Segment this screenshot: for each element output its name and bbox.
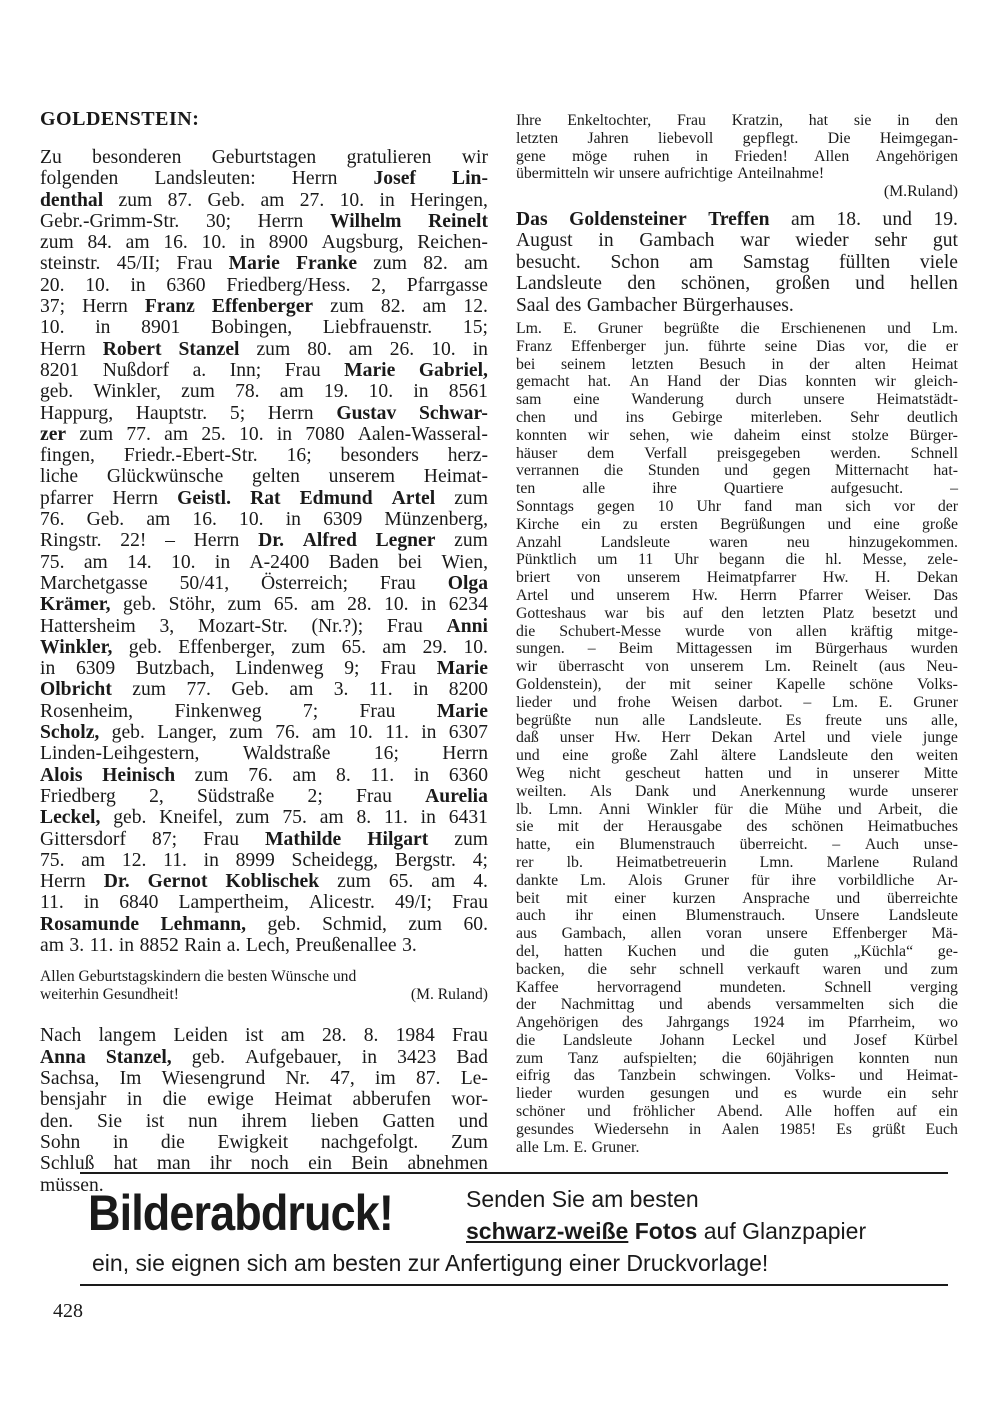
text-line: am3.11.in8852Raina.Lech,Preußenallee3. (40, 935, 488, 956)
obituary-continuation: IhreEnkeltochter,FrauKratzin,hatsieinden… (516, 112, 958, 183)
text-line: dankteLm.AloisGrunerfürihrevorbildlicheA… (516, 872, 958, 890)
text-line: zumTanzaufspielten;die60jährigenkonntenn… (516, 1050, 958, 1068)
text-line: KircheeinzuerstenBegrüßungenundeinegroße (516, 516, 958, 534)
wishes-line-1: Allen Geburtstagskindern die besten Wüns… (40, 968, 488, 986)
text-line: Linden-Leihgestern,Waldstraße16;Herrn (40, 743, 488, 764)
text-line: gesundesWiedersehninAalen1985!EsgrüßtEuc… (516, 1121, 958, 1139)
text-line: Happurg,Hauptstr.5;HerrnGustavSchwar- (40, 403, 488, 424)
text-line: Gebr.-Grimm-Str.30;HerrnWilhelmReinelt (40, 211, 488, 232)
text-line: Rosenheim,Finkenweg7;FrauMarie (40, 701, 488, 722)
text-line: briertvonunseremHeimatpfarrerHw.H.Dekan (516, 569, 958, 587)
text-line: 76.Geb.am16.10.in6309Münzenberg, (40, 509, 488, 530)
text-line: in6309Butzbach,Lindenweg9;FrauMarie (40, 658, 488, 679)
text-line: letztenJahrenliebevollgepflegt.DieHeimge… (516, 130, 958, 148)
text-line: weilten.AlsDankundAnerkennungwurdeunsere… (516, 783, 958, 801)
text-line: zum84.am16.10.in8900Augsburg,Reichen- (40, 232, 488, 253)
text-line: Kaffeehervorragendmundeten.Schnellvergin… (516, 979, 958, 997)
text-line: ausGambach,allenvoranunsereEffenbergerMä… (516, 925, 958, 943)
text-line: dieLandsleuteJohannLeckelundJosefKürbel (516, 1032, 958, 1050)
text-line: FranzEffenbergerjun.führteseineDiasvor,d… (516, 338, 958, 356)
text-line: Winkler,geb.Effenberger,zum65.am29.10. (40, 637, 488, 658)
text-line: liederwurdengesungenundeswurdeeinsehr (516, 1085, 958, 1103)
text-line: lb.Lmn.AnniWinklerfürdieMüheundArbeit,di… (516, 801, 958, 819)
text-line: Sonntagsgegen10Uhrfandmansichvorder (516, 498, 958, 516)
text-line: 10.in8901Bobingen,Liebfrauenstr.15; (40, 317, 488, 338)
text-line: tenalleihreQuartiereaufgesucht.– (516, 480, 958, 498)
text-line: gemachthat.AnHandderDiaskonntenwirgleich… (516, 373, 958, 391)
text-line: DasGoldensteinerTreffenam18.und19. (516, 209, 958, 230)
text-line: GotteshauswarbisaufdenletztenPlatzbesetz… (516, 605, 958, 623)
text-line: Hattersheim3,Mozart-Str.(Nr.?);FrauAnni (40, 616, 488, 637)
text-line: liederundfroheWeisendarbot.–Lm.E.Gruner (516, 694, 958, 712)
text-line: HerrnDr.GernotKoblischekzum65.am4. (40, 871, 488, 892)
text-line: AnzahlLandsleutewarenneuhinzugekommen. (516, 534, 958, 552)
text-line: RosamundeLehmann,geb.Schmid,zum60. (40, 914, 488, 935)
text-line: ArtelundunseremHw.HerrnPfarrerWeiser.Das (516, 587, 958, 605)
text-line: Friedberg2,Südstraße2;FrauAurelia (40, 786, 488, 807)
text-line: chenundinsGebirgemiterleben.Sehrdeutlich (516, 409, 958, 427)
text-line: Olbrichtzum77.Geb.am3.11.in8200 (40, 679, 488, 700)
text-line: Ringstr.22!–HerrnDr.AlfredLegnerzum (40, 530, 488, 551)
text-line: fingen,Friedr.-Ebert-Str.16;besondersher… (40, 445, 488, 466)
text-line: konntenwirsehen,wiedaheimeinststolzeBürg… (516, 427, 958, 445)
section-heading: GOLDENSTEIN: (40, 108, 488, 131)
text-line: 37;HerrnFranzEffenbergerzum82.am12. (40, 296, 488, 317)
text-line: HerrnRobertStanzelzum80.am26.10.in (40, 339, 488, 360)
text-line: 20.10.in6360Friedberg/Hess.2,Pfarrgasse (40, 275, 488, 296)
text-line: AugustinGambachwarwiedersehrgut (516, 230, 958, 251)
ad-line-1: Senden Sie am besten (466, 1186, 699, 1213)
text-line: alleLm.E.Gruner. (516, 1139, 958, 1157)
right-column: IhreEnkeltochter,FrauKratzin,hatsieinden… (516, 112, 958, 1156)
text-line: eifrigdasTanzbeinschwingen.Volks-undHeim… (516, 1067, 958, 1085)
text-line: SaaldesGambacherBürgerhauses. (516, 295, 958, 316)
text-line: undeinegroßeZahlältereLandsleutedenweite… (516, 747, 958, 765)
text-line: Marchetgasse50/41,Österreich;FrauOlga (40, 573, 488, 594)
text-line: AloisHeinischzum76.am8.11.in6360 (40, 765, 488, 786)
text-line: 75.am14.10.inA-2400BadenbeiWien, (40, 552, 488, 573)
text-line: häuserdemVerfallpreisgegebenwerden.Schne… (516, 445, 958, 463)
text-line: ZubesonderenGeburtstagengratulierenwir (40, 147, 488, 168)
wishes-line-2: weiterhin Gesundheit!(M. Ruland) (40, 986, 488, 1004)
text-line: beiseinemletztenBesuchinderaltenHeimat (516, 356, 958, 374)
text-line: zerzum77.am25.10.in7080Aalen-Wasseral- (40, 424, 488, 445)
text-line: auchihreinenBlumenstrauch.UnsereLandsleu… (516, 907, 958, 925)
text-line: verrannendieStundenundgegenMitternachtha… (516, 462, 958, 480)
ad-headline: Bilderabdruck! (88, 1184, 393, 1242)
ad-line-3: ein, sie eignen sich am besten zur Anfer… (92, 1250, 768, 1277)
text-line: wirüberraschtvonunseremLm.Reinelt(ausNeu… (516, 658, 958, 676)
text-line: pfarrerHerrnGeistl.RatEdmundArtelzum (40, 488, 488, 509)
text-line: derNachmittagundabendsversammeltensichdi… (516, 996, 958, 1014)
text-line: folgendenLandsleuten:HerrnJosefLin- (40, 168, 488, 189)
ad-line-2: schwarz-weiße Fotos auf Glanzpapier (466, 1218, 866, 1245)
text-line: genemögeruheninFrieden!AllenAngehörigen (516, 148, 958, 166)
text-line: hatte,einBlumenstrauchüberreicht.–Auchun… (516, 836, 958, 854)
obituary-signature: (M.Ruland) (516, 183, 958, 201)
text-line: begrüßtenunalleLandsleute.Esfreuteunsall… (516, 712, 958, 730)
text-line: sungen.–BeimMittagessenimBürgerhauswurde… (516, 640, 958, 658)
text-line: beitmiteinerkurzenAnspracheundüberreicht… (516, 890, 958, 908)
birthday-wishes: Allen Geburtstagskindern die besten Wüns… (40, 968, 488, 1003)
birthday-list: ZubesonderenGeburtstagengratulierenwirfo… (40, 147, 488, 956)
text-line: sameineWanderungdurchunsereHeimatstädt- (516, 391, 958, 409)
text-line: schönerundfröhlicherAbend.Allehoffenaufe… (516, 1103, 958, 1121)
obituary: NachlangemLeidenistam28.8.1984FrauAnnaSt… (40, 1025, 488, 1195)
text-line: licheGlückwünschegeltenunseremHeimat- (40, 466, 488, 487)
text-line: IhreEnkeltochter,FrauKratzin,hatsieinden (516, 112, 958, 130)
left-column: GOLDENSTEIN: ZubesonderenGeburtstagengra… (40, 108, 488, 1196)
text-line: siemitderHerausgabedesschönenHeimatbuche… (516, 818, 958, 836)
text-line: Sachsa,ImWiesengrundNr.47,im87.Le- (40, 1068, 488, 1089)
text-line: besucht.SchonamSamstagfülltenviele (516, 252, 958, 273)
text-line: denthalzum87.Geb.am27.10.inHeringen, (40, 190, 488, 211)
meeting-report: Lm.E.GrunerbegrüßtedieErschienenenundLm.… (516, 320, 958, 1156)
text-line: Krämer,geb.Stöhr,zum65.am28.10.in6234 (40, 594, 488, 615)
text-line: übermittelnwirunsereaufrichtigeAnteilnah… (516, 165, 958, 183)
text-line: daßunserHw.HerrDekanArtelundvielejunge (516, 729, 958, 747)
text-line: AnnaStanzel,geb.Aufgebauer,in3423Bad (40, 1047, 488, 1068)
photo-advertisement: Bilderabdruck! Senden Sie am besten schw… (80, 1172, 948, 1286)
page-number: 428 (53, 1300, 83, 1323)
text-line: dieSchubert-Messewurdevonallenkräftigmit… (516, 623, 958, 641)
text-line: NachlangemLeidenistam28.8.1984Frau (40, 1025, 488, 1046)
text-line: Leckel,geb.Kneifel,zum75.am8.11.in6431 (40, 807, 488, 828)
text-line: del,hattenKuchenunddieguten„Küchla“ge- (516, 943, 958, 961)
text-line: steinstr.45/II;FrauMarieFrankezum82.am (40, 253, 488, 274)
text-line: rerlb.HeimatbetreuerinLmn.MarleneRuland (516, 854, 958, 872)
text-line: Landsleutedenschönen,großenundhellen (516, 273, 958, 294)
wishes-signature: (M. Ruland) (411, 986, 488, 1004)
text-line: bensjahrindieewigeHeimatabberufenwor- (40, 1089, 488, 1110)
text-line: geb.Winkler,zum78.am19.10.in8561 (40, 381, 488, 402)
text-line: 8201Nußdorfa.Inn;FrauMarieGabriel, (40, 360, 488, 381)
text-line: Scholz,geb.Langer,zum76.am10.11.in6307 (40, 722, 488, 743)
text-line: SohnindieEwigkeitnachgefolgt.Zum (40, 1132, 488, 1153)
text-line: Goldenstein),dermitseinerKapelleschöneVo… (516, 676, 958, 694)
text-line: 75.am12.11.in8999Scheidegg,Bergstr.4; (40, 850, 488, 871)
text-line: Gittersdorf87;FrauMathildeHilgartzum (40, 829, 488, 850)
text-line: Lm.E.GrunerbegrüßtedieErschienenenundLm. (516, 320, 958, 338)
text-line: AngehörigendesJahrgangs1924imPfarrheim,w… (516, 1014, 958, 1032)
ad-underlined-text: schwarz-weiße (466, 1218, 628, 1244)
text-line: den.SieistnunihremliebenGattenund (40, 1111, 488, 1132)
text-line: 11.in6840Lampertheim,Alicestr.49/I;Frau (40, 892, 488, 913)
meeting-intro: DasGoldensteinerTreffenam18.und19.August… (516, 209, 958, 316)
text-line: Pünktlichum11Uhrbeganndiehl.Messe,zele- (516, 551, 958, 569)
text-line: backen,diesehrschnellverkauftwarenundzum (516, 961, 958, 979)
text-line: WegnichtgescheuthattenundinunsererMitte (516, 765, 958, 783)
